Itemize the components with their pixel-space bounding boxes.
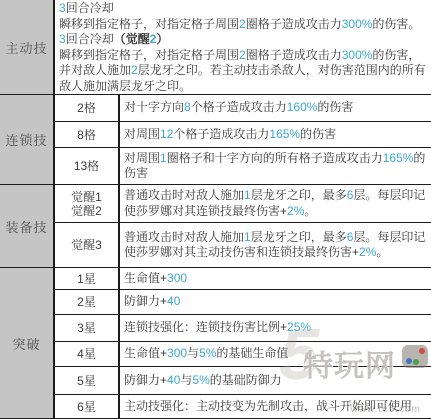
table-row: 觉醒1觉醒2 普通攻击时对敌人施加1层龙牙之印，最多6层。每层印记使莎罗娜对其连… (55, 185, 431, 223)
table-row: 3星 连锁技强化：连锁技伤害比例+25% (55, 315, 431, 342)
skill-table: 主动技 3回合冷却瞬移到指定格子，对指定格子周围2圈格子造成攻击力300%的伤害… (0, 0, 431, 419)
row-desc: 对十字方向8个格子造成攻击力160%的伤害 (120, 95, 431, 121)
row-desc: 防御力+40 (120, 290, 431, 314)
row-key: 8格 (55, 122, 120, 147)
table-row: 8格 对周围12个格子造成攻击力165%的伤害 (55, 122, 431, 148)
table-row: 2格 对十字方向8个格子造成攻击力160%的伤害 (55, 95, 431, 122)
table-row: 5星 防御力+40与5%的基础防御力 (55, 367, 431, 395)
row-key: 觉醒1觉醒2 (55, 185, 120, 222)
row-desc: 生命值+300与5%的基础生命值 (120, 342, 431, 366)
row-desc: 防御力+40与5%的基础防御力 (120, 367, 431, 394)
table-row: 6星 主动技强化：主动技变为先制攻击，战斗开始即可使用 (55, 395, 431, 418)
section-label: 突破 (0, 268, 55, 418)
row-key: 3星 (55, 315, 120, 341)
row-key: 觉醒3 (55, 223, 120, 267)
row-desc: 普通攻击时对敌人施加1层龙牙之印，最多6层。每层印记使莎罗娜对其连锁技最终伤害+… (120, 185, 431, 222)
section-equip-skill: 装备技 觉醒1觉醒2 普通攻击时对敌人施加1层龙牙之印，最多6层。每层印记使莎罗… (0, 185, 431, 268)
section-chain-skill: 连锁技 2格 对十字方向8个格子造成攻击力160%的伤害 8格 对周围12个格子… (0, 95, 431, 185)
table-row: 13格 对周围1圈格子和十字方向的所有格子造成攻击力165%的伤害 (55, 148, 431, 184)
row-key: 2星 (55, 290, 120, 314)
section-label: 装备技 (0, 185, 55, 267)
row-key: 5星 (55, 367, 120, 394)
row-desc: 普通攻击时对敌人施加1层龙牙之印，最多6层。每层印记使莎罗娜对其主动技伤害和连锁… (120, 223, 431, 267)
row-key: 1星 (55, 268, 120, 289)
table-row: 3回合冷却瞬移到指定格子，对指定格子周围2圈格子造成攻击力300%的伤害。3回合… (55, 0, 431, 94)
table-row: 4星 生命值+300与5%的基础生命值 (55, 342, 431, 367)
row-key: 2格 (55, 95, 120, 121)
table-row: 觉醒3 普通攻击时对敌人施加1层龙牙之印，最多6层。每层印记使莎罗娜对其主动技伤… (55, 223, 431, 267)
section-active-skill: 主动技 3回合冷却瞬移到指定格子，对指定格子周围2圈格子造成攻击力300%的伤害… (0, 0, 431, 95)
row-key: 13格 (55, 148, 120, 184)
row-key: 4星 (55, 342, 120, 366)
table-row: 1星 生命值+300 (55, 268, 431, 290)
section-label: 主动技 (0, 0, 55, 94)
row-key: 6星 (55, 395, 120, 418)
row-desc: 3回合冷却瞬移到指定格子，对指定格子周围2圈格子造成攻击力300%的伤害。3回合… (55, 0, 431, 94)
section-breakthrough: 突破 1星 生命值+300 2星 防御力+40 3星 连锁技强化：连锁技伤害比例… (0, 268, 431, 419)
row-desc: 主动技强化：主动技变为先制攻击，战斗开始即可使用 (120, 395, 431, 418)
row-desc: 对周围1圈格子和十字方向的所有格子造成攻击力165%的伤害 (120, 148, 431, 184)
row-desc: 生命值+300 (120, 268, 431, 289)
row-desc: 连锁技强化：连锁技伤害比例+25% (120, 315, 431, 341)
row-desc: 对周围12个格子造成攻击力165%的伤害 (120, 122, 431, 147)
table-row: 2星 防御力+40 (55, 290, 431, 315)
section-label: 连锁技 (0, 95, 55, 184)
